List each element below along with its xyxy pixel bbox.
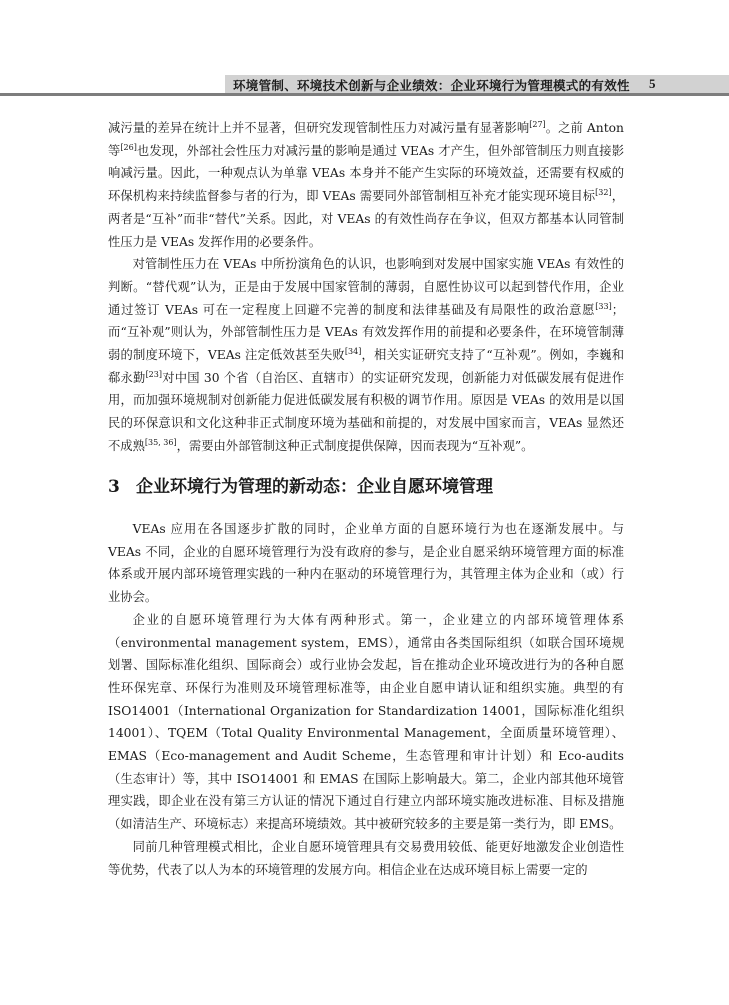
section-heading: 3企业环境行为管理的新动态：企业自愿环境管理 (108, 472, 493, 497)
citation-ref[interactable]: [26] (120, 143, 136, 152)
header-rule (0, 93, 729, 96)
citation-ref[interactable]: [34] (345, 347, 361, 356)
page-number: 5 (649, 76, 656, 92)
paragraph: 企业的自愿环境管理行为大体有两种形式。第一，企业建立的内部环境管理体系（envi… (108, 609, 624, 836)
paragraph-text: 同前几种管理模式相比，企业自愿环境管理具有交易费用较低、能更好地激发企业创造性等… (108, 840, 624, 877)
running-head-title: 环境管制、环境技术创新与企业绩效：企业环境行为管理模式的有效性 (233, 76, 630, 94)
paragraph: 对管制性压力在 VEAs 中所扮演角色的认识，也影响到对发展中国家实施 VEAs… (108, 253, 624, 457)
section-number: 3 (108, 477, 136, 497)
paragraph-text: ，需要由外部管制这种正式制度提供保障，因而表现为“互补观”。 (177, 439, 534, 453)
citation-ref[interactable]: [23] (146, 370, 162, 379)
running-head: 环境管制、环境技术创新与企业绩效：企业环境行为管理模式的有效性 5 (225, 75, 729, 94)
citation-ref[interactable]: [35, 36] (145, 438, 177, 447)
body-text-before-section: 减污量的差异在统计上并不显著，但研究发现管制性压力对减污量有显著影响[27]。之… (108, 117, 624, 458)
paragraph: 同前几种管理模式相比，企业自愿环境管理具有交易费用较低、能更好地激发企业创造性等… (108, 836, 624, 881)
paragraph-text: 减污量的差异在统计上并不显著，但研究发现管制性压力对减污量有显著影响 (108, 121, 529, 135)
paragraph-text: 对管制性压力在 VEAs 中所扮演角色的认识，也影响到对发展中国家实施 VEAs… (108, 257, 624, 316)
paragraph: VEAs 应用在各国逐步扩散的同时，企业单方面的自愿环境行为也在逐渐发展中。与 … (108, 518, 624, 609)
body-text-after-section: VEAs 应用在各国逐步扩散的同时，企业单方面的自愿环境行为也在逐渐发展中。与 … (108, 518, 624, 881)
citation-ref[interactable]: [32] (595, 188, 611, 197)
paragraph-text: 也发现，外部社会性压力对减污量的影响是通过 VEAs 才产生，但外部管制压力则直… (108, 144, 624, 203)
paragraph-text: 企业的自愿环境管理行为大体有两种形式。第一，企业建立的内部环境管理体系（envi… (108, 613, 624, 831)
section-title: 企业环境行为管理的新动态：企业自愿环境管理 (136, 477, 493, 497)
paragraph: 减污量的差异在统计上并不显著，但研究发现管制性压力对减污量有显著影响[27]。之… (108, 117, 624, 253)
citation-ref[interactable]: [27] (529, 120, 545, 129)
paragraph-text: VEAs 应用在各国逐步扩散的同时，企业单方面的自愿环境行为也在逐渐发展中。与 … (108, 522, 624, 604)
citation-ref[interactable]: [33] (595, 302, 611, 311)
